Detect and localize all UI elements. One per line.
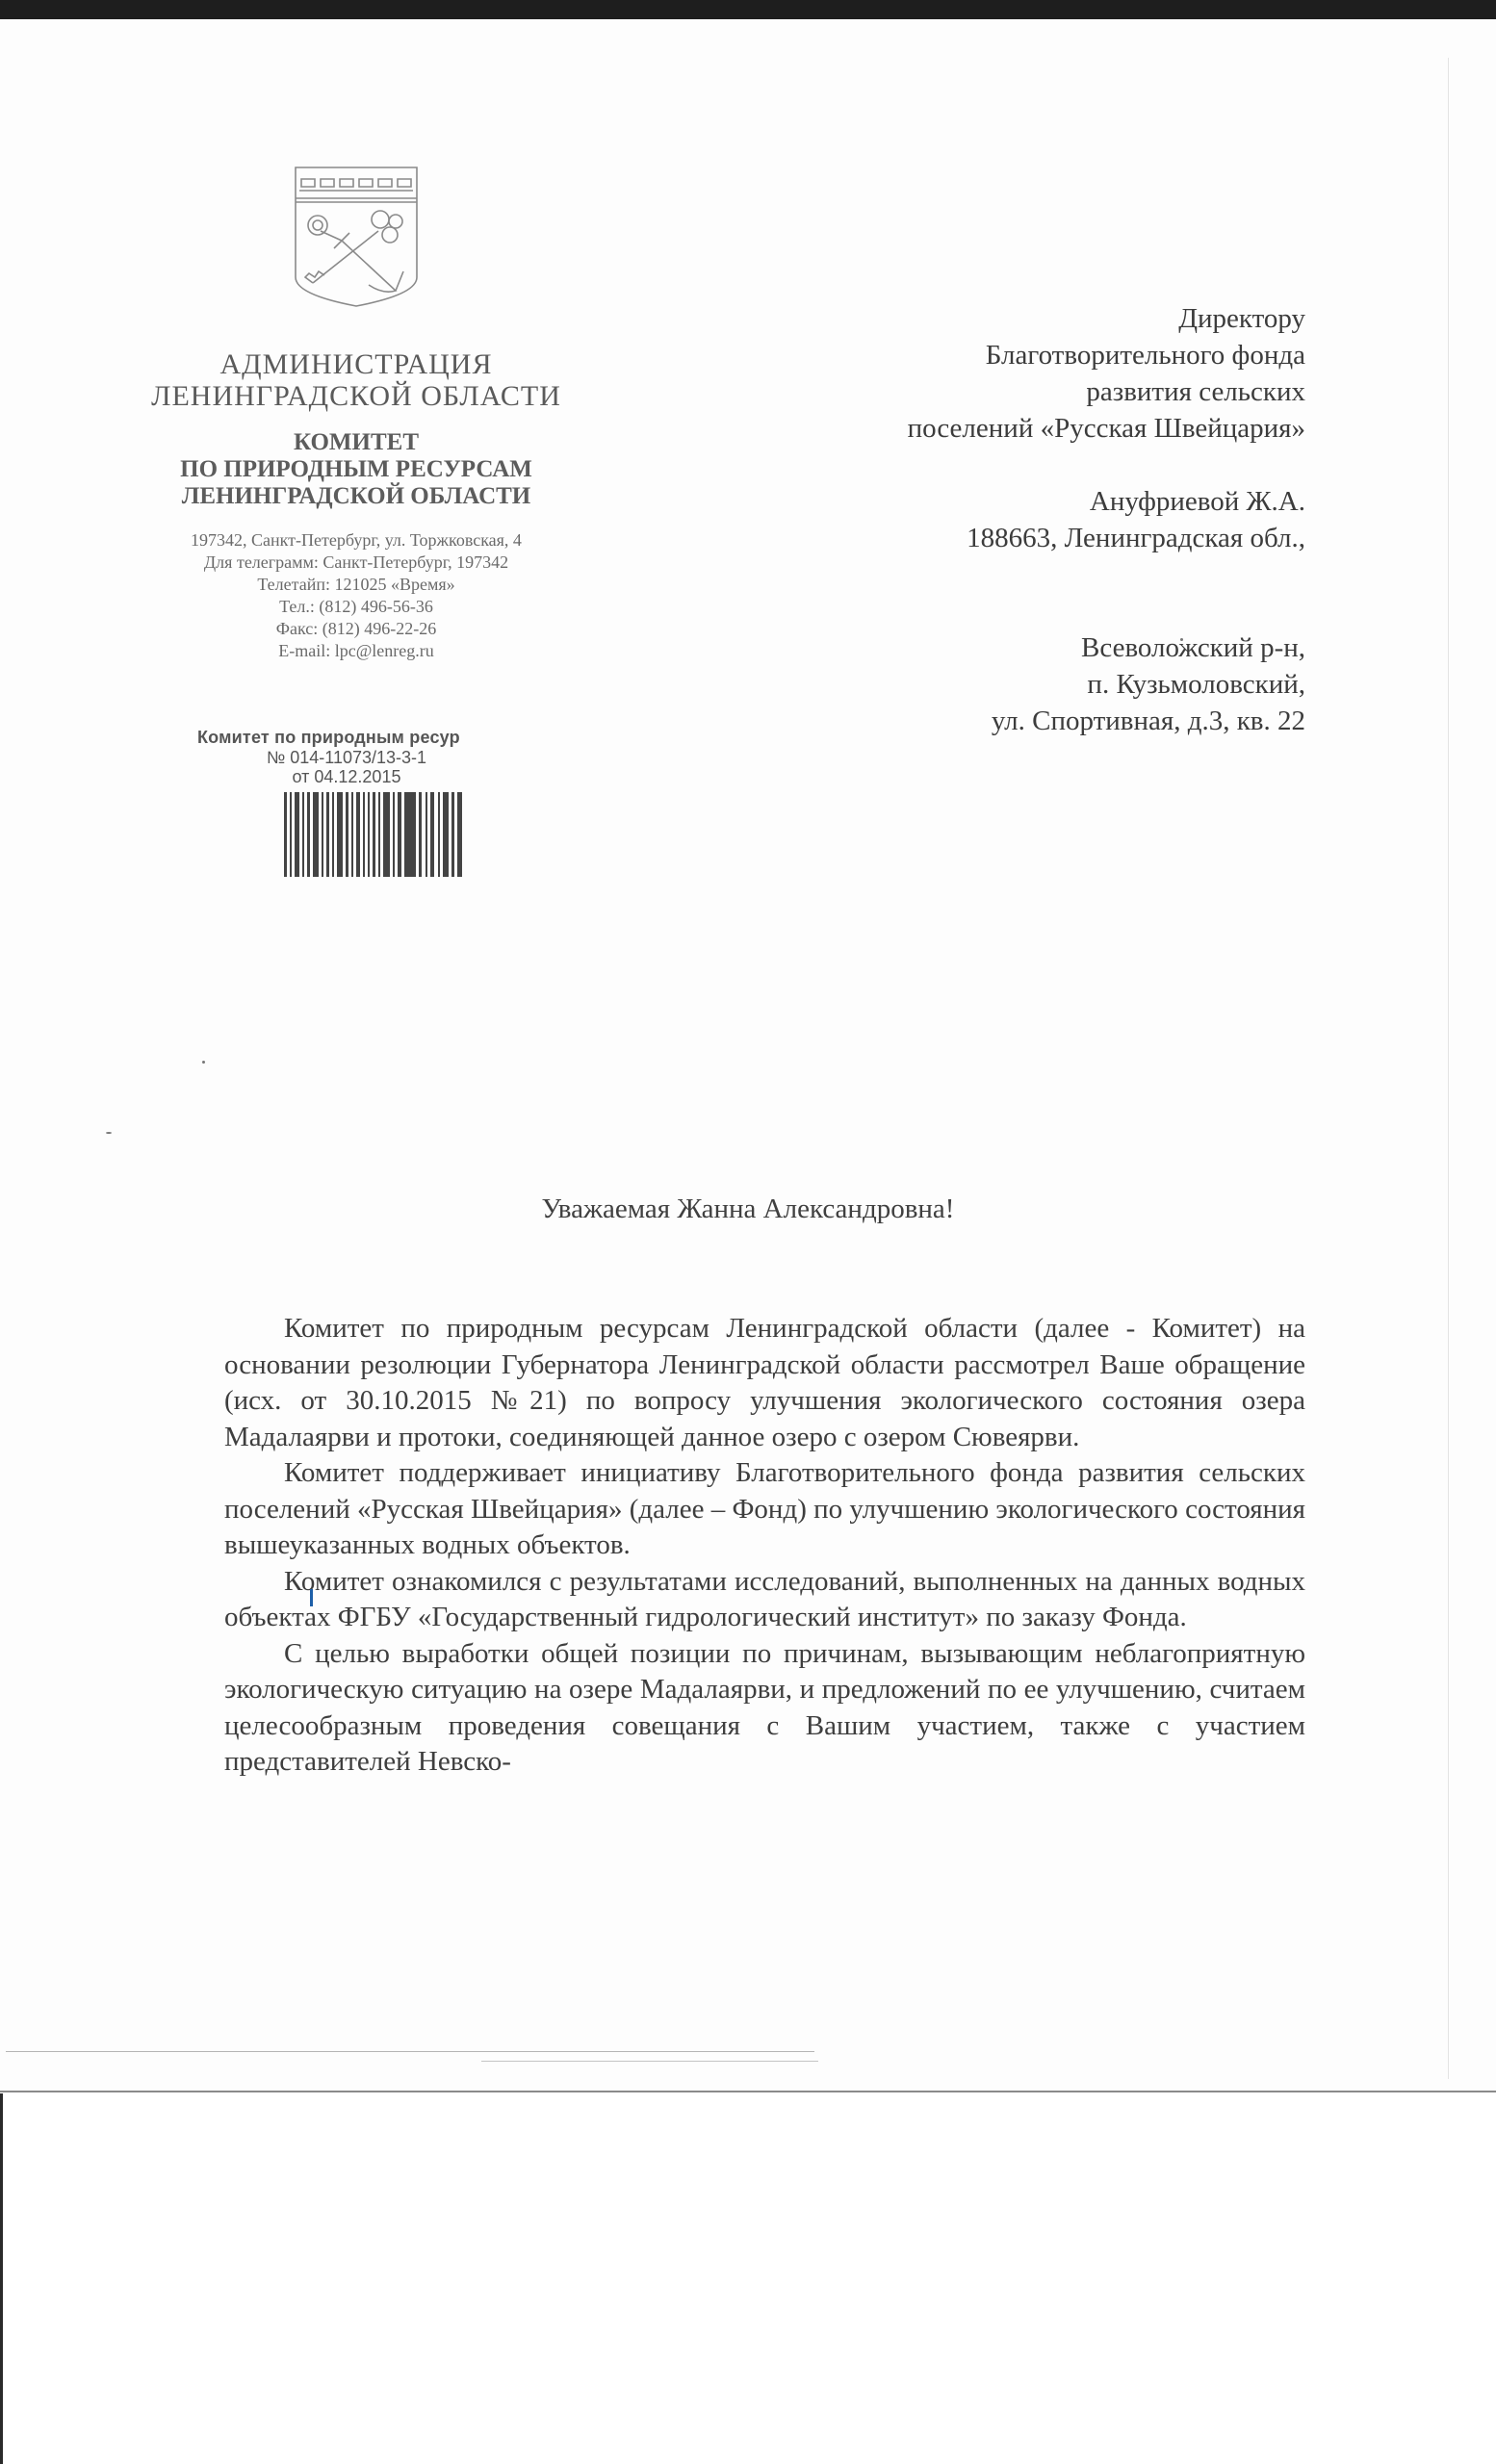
body-paragraph: Комитет поддерживает инициативу Благотво… xyxy=(224,1455,1305,1564)
recipient-organization: поселений «Русская Швейцария» xyxy=(728,410,1305,447)
barcode-icon xyxy=(284,792,465,877)
committee-line: ЛЕНИНГРАДСКОЙ ОБЛАСТИ xyxy=(106,483,606,510)
letterhead: АДМИНИСТРАЦИЯ ЛЕНИНГРАДСКОЙ ОБЛАСТИ КОМИ… xyxy=(106,164,606,662)
body-paragraph: Комитет ознакомился с результатами иссле… xyxy=(224,1564,1305,1636)
letter-body: Комитет по природным ресурсам Ленинградс… xyxy=(224,1311,1305,1781)
committee-title: КОМИТЕТ ПО ПРИРОДНЫМ РЕСУРСАМ ЛЕНИНГРАДС… xyxy=(106,429,606,510)
scan-top-dark-band xyxy=(0,0,1496,19)
recipient-organization: Благотворительного фонда xyxy=(728,337,1305,373)
committee-line: КОМИТЕТ xyxy=(106,429,606,456)
scan-speck xyxy=(1180,638,1183,641)
pen-mark xyxy=(310,1589,313,1606)
email: E-mail: lpc@lenreg.ru xyxy=(106,640,606,662)
scan-speck xyxy=(106,1132,112,1134)
contact-info: 197342, Санкт-Петербург, ул. Торжковская… xyxy=(106,529,606,662)
recipient-block: Директору Благотворительного фонда разви… xyxy=(728,300,1305,739)
salutation: Уважаемая Жанна Александровна! xyxy=(0,1193,1496,1225)
administration-title: АДМИНИСТРАЦИЯ ЛЕНИНГРАДСКОЙ ОБЛАСТИ xyxy=(106,348,606,412)
scan-left-edge xyxy=(0,2093,3,2464)
recipient-address: п. Кузьмоловский, xyxy=(728,666,1305,703)
admin-line: ЛЕНИНГРАДСКОЙ ОБЛАСТИ xyxy=(106,380,606,412)
registration-stamp: Комитет по природным ресур № 014-11073/1… xyxy=(197,728,534,877)
phone: Тел.: (812) 496-56-36 xyxy=(106,596,606,618)
recipient-organization: развития сельских xyxy=(728,373,1305,410)
telegram-address: Для телеграмм: Санкт-Петербург, 197342 xyxy=(106,552,606,574)
recipient-address: Всеволожский р-н, xyxy=(728,629,1305,666)
body-paragraph: Комитет по природным ресурсам Ленинградс… xyxy=(224,1311,1305,1455)
scan-artifact-line xyxy=(6,2051,814,2052)
admin-line: АДМИНИСТРАЦИЯ xyxy=(106,348,606,380)
fax: Факс: (812) 496-22-26 xyxy=(106,618,606,640)
recipient-name: Ануфриевой Ж.А. xyxy=(728,483,1305,520)
postal-address: 197342, Санкт-Петербург, ул. Торжковская… xyxy=(106,529,606,552)
body-paragraph: С целью выработки общей позиции по причи… xyxy=(224,1636,1305,1781)
registration-date: от 04.12.2015 xyxy=(159,767,534,786)
scan-speck xyxy=(202,1061,205,1064)
recipient-address: ул. Спортивная, д.3, кв. 22 xyxy=(728,703,1305,739)
scan-artifact-line xyxy=(481,2061,818,2062)
scan-edge-line xyxy=(1448,58,1449,2079)
committee-line: ПО ПРИРОДНЫМ РЕСУРСАМ xyxy=(106,456,606,483)
teletype: Телетайп: 121025 «Время» xyxy=(106,574,606,596)
registration-number: № 014-11073/13-3-1 xyxy=(159,748,534,767)
coat-of-arms-icon xyxy=(292,164,421,308)
recipient-address: 188663, Ленинградская обл., xyxy=(728,520,1305,556)
stamp-organization: Комитет по природным ресур xyxy=(197,728,534,748)
recipient-position: Директору xyxy=(728,300,1305,337)
